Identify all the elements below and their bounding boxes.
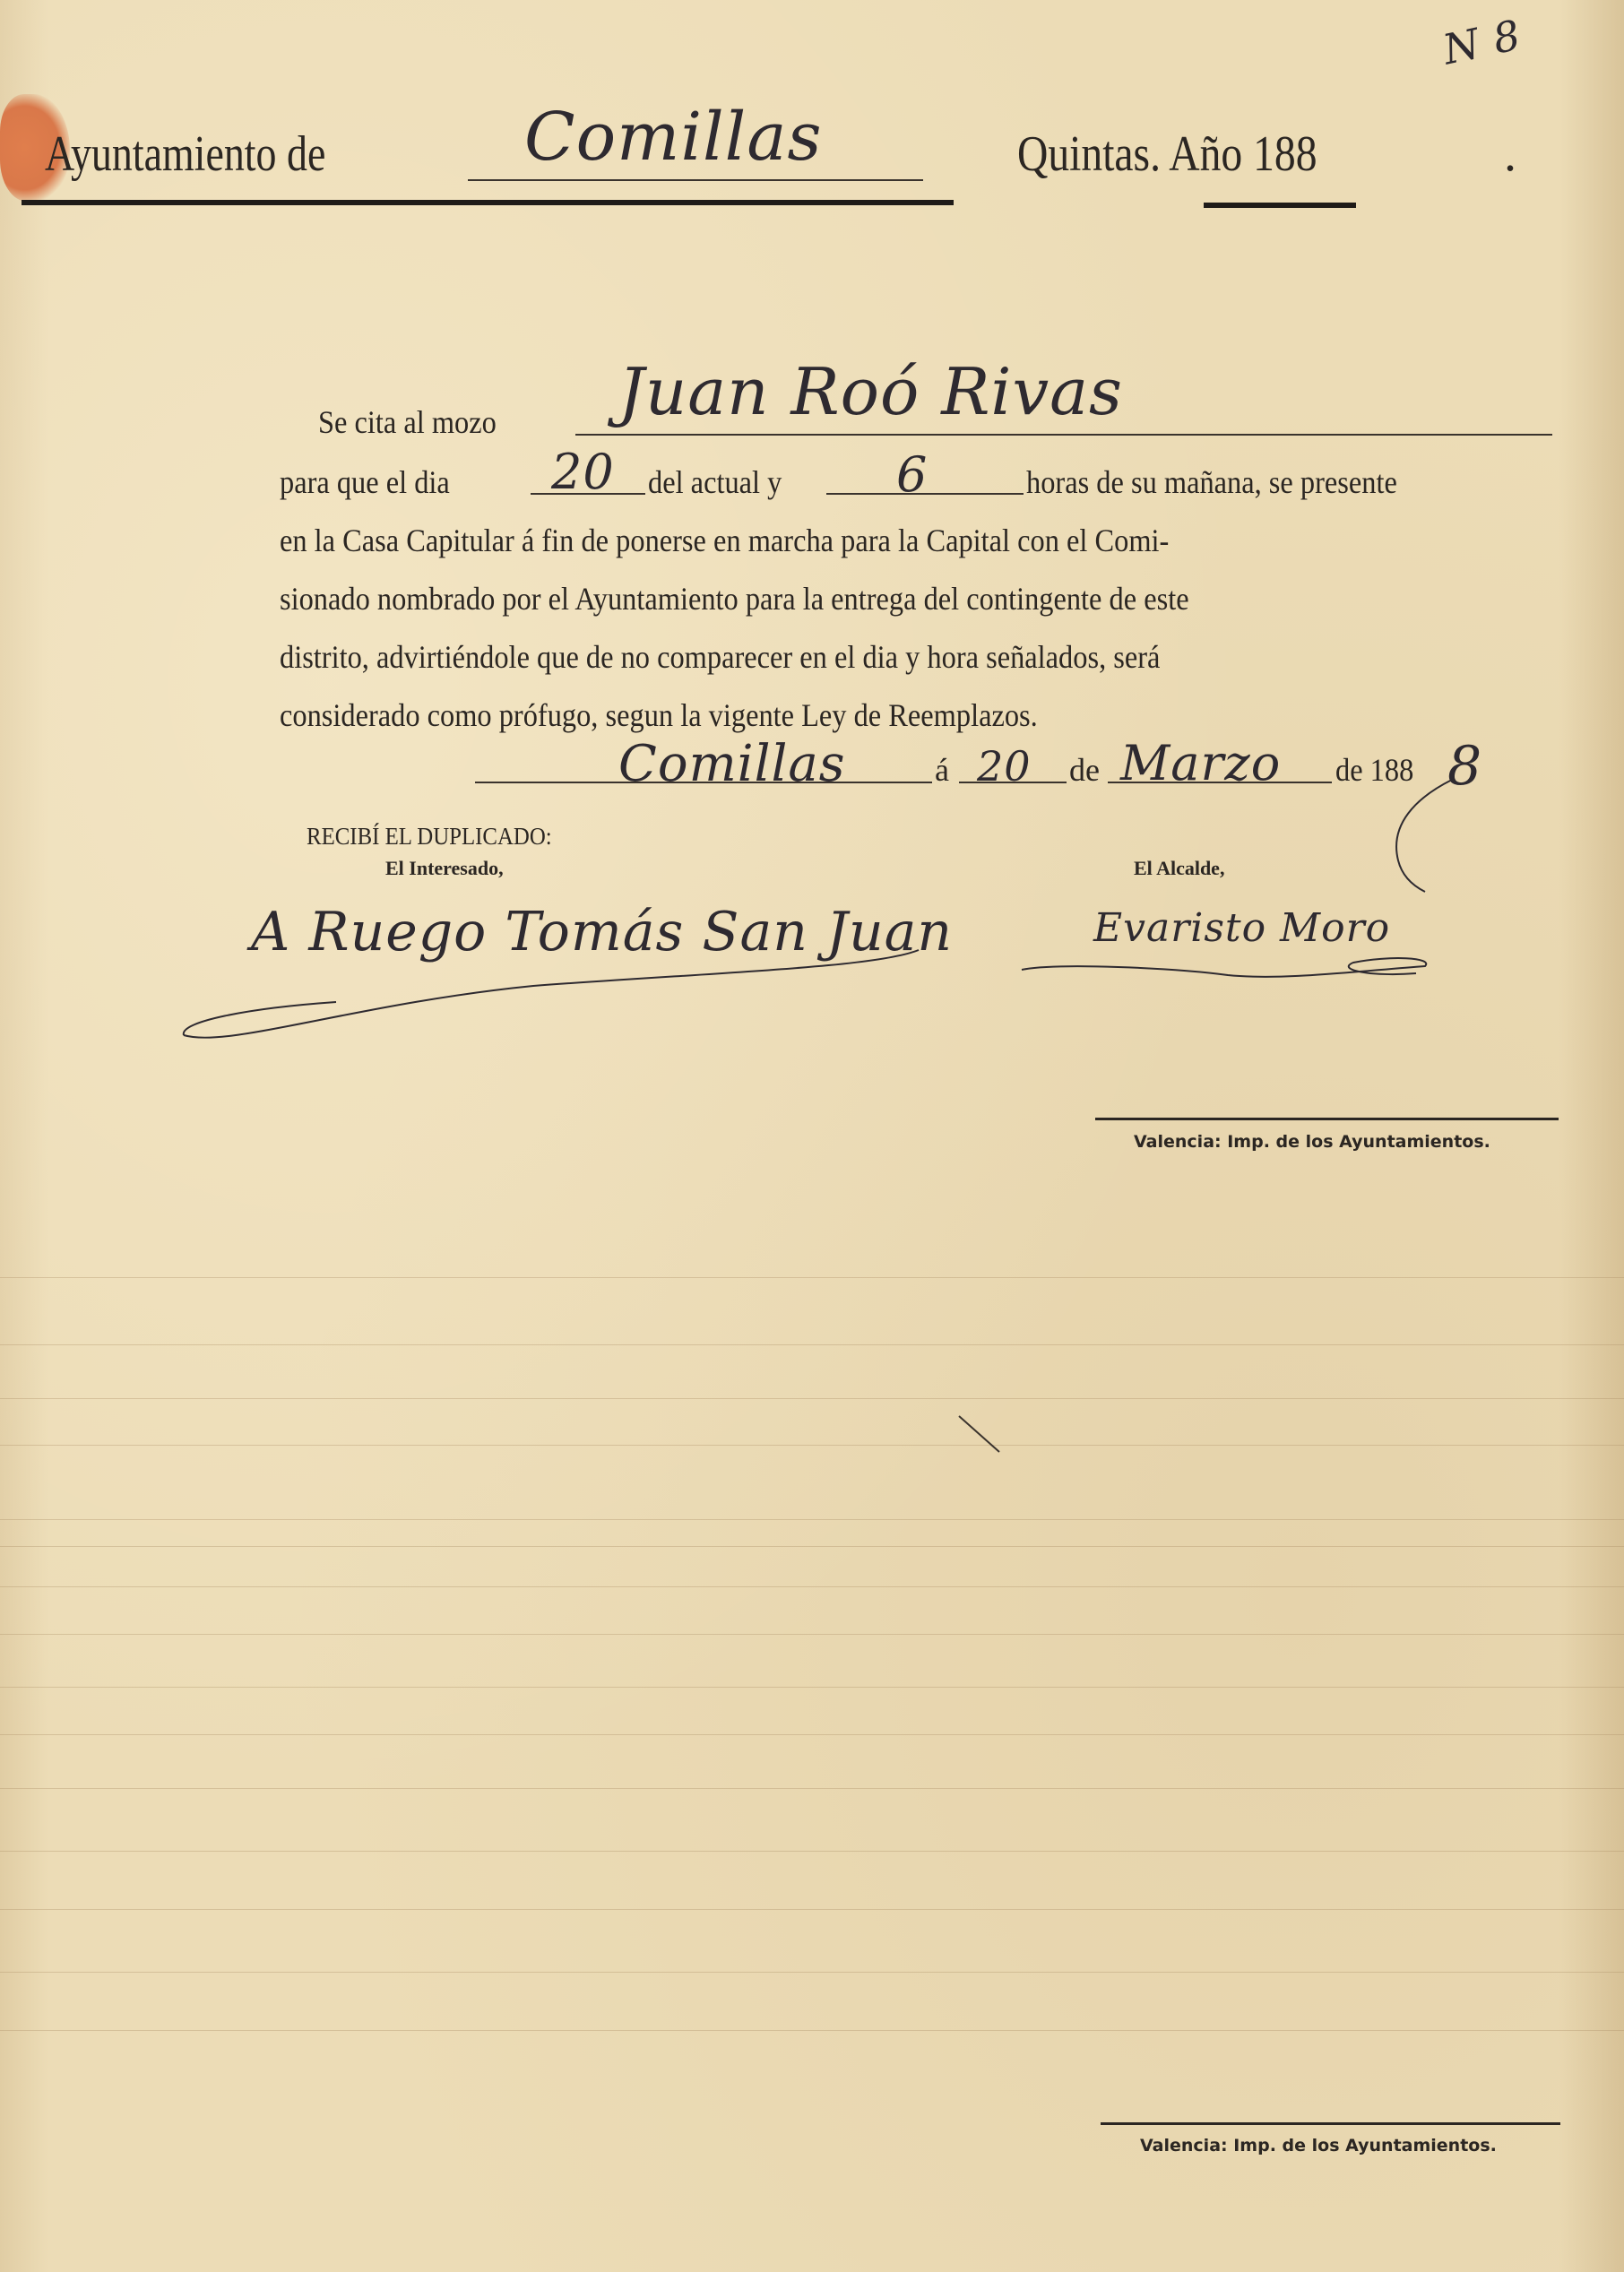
dateline-a-label: á (935, 751, 949, 789)
year-blank-rule (1204, 203, 1356, 208)
summons-line1-prefix: Se cita al mozo (318, 403, 497, 441)
interesado-flourish (175, 932, 937, 1049)
printer-imprint-lower: Valencia: Imp. de los Ayuntamientos. (1140, 2136, 1497, 2155)
conscript-name-blank (575, 434, 1552, 436)
summons-line6: considerado como prófugo, segun la vigen… (280, 696, 1038, 734)
paper-rule (0, 1788, 1624, 1789)
ayuntamiento-label: Ayuntamiento de (45, 125, 325, 183)
paper-rule (0, 1634, 1624, 1635)
header-period: . (1504, 125, 1516, 183)
imprint-rule-upper (1095, 1118, 1559, 1120)
municipality-handwritten: Comillas (524, 99, 822, 176)
dateline-day-handwritten: 20 (977, 742, 1032, 790)
header-rule-left (22, 200, 954, 205)
stray-pen-mark (955, 1412, 1008, 1465)
summons-line5: distrito, advirtiéndole que de no compar… (280, 638, 1160, 676)
paper-rule (0, 1398, 1624, 1399)
paper-rule (0, 1546, 1624, 1547)
paper-rule (0, 2030, 1624, 2031)
day-handwritten: 20 (551, 444, 615, 500)
paper-rule (0, 1344, 1624, 1345)
summons-line2-mid: del actual y (648, 463, 782, 501)
dateline-place-handwritten: Comillas (618, 735, 846, 793)
hour-handwritten: 6 (896, 446, 928, 503)
alcalde-flourish (1013, 950, 1443, 995)
summons-line3: en la Casa Capitular á fin de ponerse en… (280, 522, 1169, 559)
quintas-year-label: Quintas. Año 188 (1017, 125, 1317, 183)
paper-rule (0, 1519, 1624, 1520)
dateline-de-label: de (1069, 751, 1100, 789)
paper-rule (0, 1586, 1624, 1587)
municipality-blank (468, 179, 923, 181)
paper-rule (0, 1972, 1624, 1973)
paper-rule (0, 1909, 1624, 1910)
printer-imprint-upper: Valencia: Imp. de los Ayuntamientos. (1134, 1132, 1490, 1152)
summons-line2-suffix: horas de su mañana, se presente (1026, 463, 1397, 501)
dateline-month-handwritten: Marzo (1120, 735, 1281, 791)
folio-number-handwritten: N 8 (1438, 11, 1525, 74)
summons-line2-prefix: para que el dia (280, 463, 450, 501)
alcalde-label: El Alcalde, (1134, 857, 1224, 880)
alcalde-signature: Evaristo Moro (1093, 905, 1390, 951)
year-flourish (1380, 771, 1461, 896)
paper-rule (0, 1277, 1624, 1278)
paper-rule (0, 1734, 1624, 1735)
paper-rule (0, 1445, 1624, 1446)
conscript-name-handwritten: Juan Roó Rivas (618, 354, 1123, 429)
receipt-heading: RECIBÍ EL DUPLICADO: (307, 823, 552, 851)
interesado-label: El Interesado, (385, 857, 504, 880)
summons-line4: sionado nombrado por el Ayuntamiento par… (280, 580, 1189, 618)
paper-rule (0, 1687, 1624, 1688)
paper-rule (0, 1851, 1624, 1852)
imprint-rule-lower (1101, 2122, 1560, 2125)
